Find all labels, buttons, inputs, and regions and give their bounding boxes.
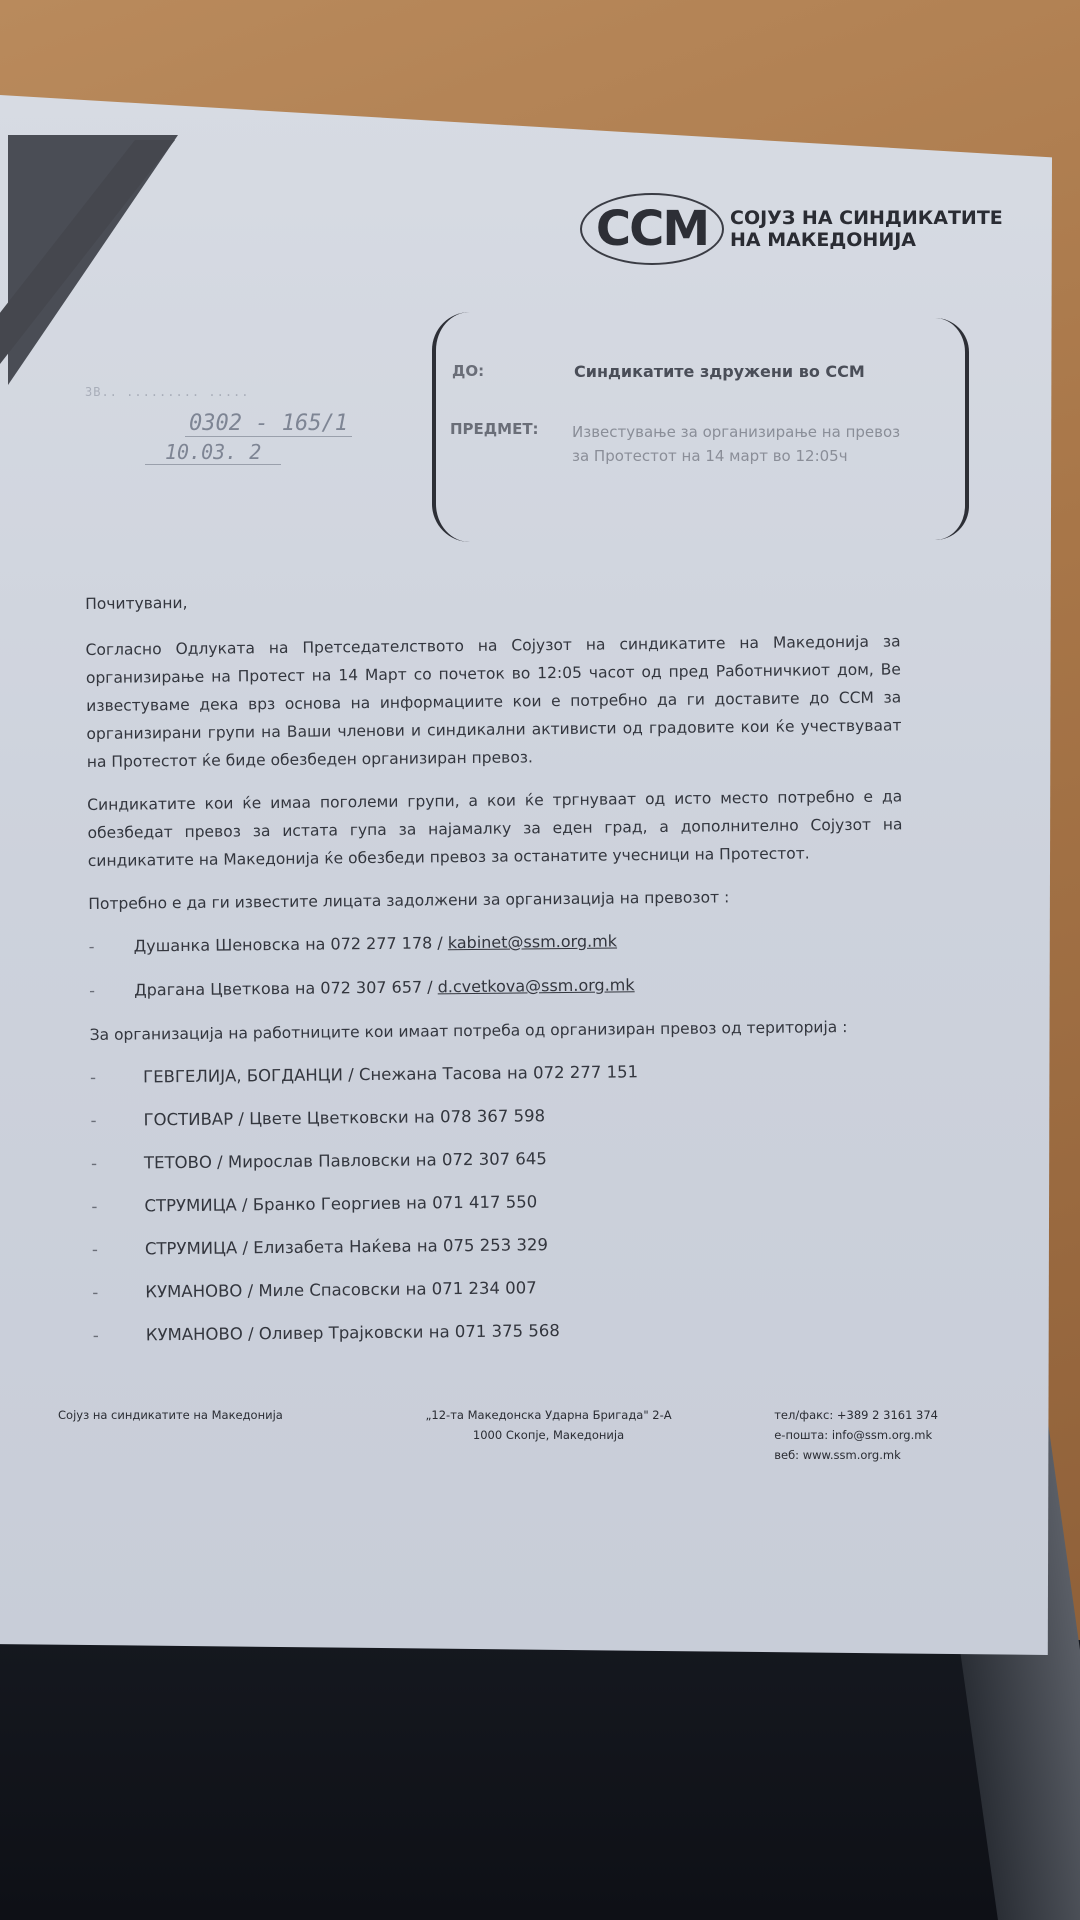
footer-address-line1: „12-та Македонска Ударна Бригада" 2-А [425,1405,671,1425]
bullet-dash: - [92,1279,98,1307]
letter-body: Почитувани, Согласно Одлуката на Претсед… [85,581,908,1364]
contact-email-link[interactable]: kabinet@ssm.org.mk [448,931,617,952]
bullet-dash: - [90,1064,96,1092]
bullet-dash: - [92,1236,98,1264]
stamp-faint-text: ЗВ.. ......... ..... [85,385,355,399]
regional-contact-item: -ТЕТОВО / Мирослав Павловски на 072 307 … [91,1141,906,1178]
regional-contact-text: КУМАНОВО / Миле Спасовски на 071 234 007 [145,1278,537,1301]
ssm-logo-emblem: ССМ [580,193,724,265]
dark-background-floor [0,1640,1080,1920]
subject-line-2: за Протестот на 14 март во 12:05ч [572,444,952,468]
regional-contact-text: ГОСТИВАР / Цвете Цветковски на 078 367 5… [143,1106,545,1129]
stamp-date: 10.03. 2 [145,440,281,465]
subject-line-1: Известување за организирање на превоз [572,420,952,444]
organization-name-line1: СОЈУЗ НА СИНДИКАТИТЕ [730,207,1003,229]
regional-contact-item: -ГЕВГЕЛИЈА, БОГДАНЦИ / Снежана Тасова на… [90,1055,905,1092]
footer-phone: тел/факс: +389 2 3161 374 [774,1405,938,1425]
bullet-dash: - [91,1193,97,1221]
regional-contact-item: -СТРУМИЦА / Бранко Георгиев на 071 417 5… [91,1184,906,1221]
footer-address-line2: 1000 Скопје, Македонија [425,1425,671,1445]
footer-email: е-пошта: info@ssm.org.mk [774,1425,938,1445]
organization-name-line2: НА МАКЕДОНИЈА [730,229,1003,251]
contact-item: - Драгана Цветкова на 072 307 657 / d.cv… [89,968,904,1005]
bullet-dash: - [89,977,95,1005]
bullet-dash: - [90,1107,96,1135]
recipient-label: ДО: [452,362,484,380]
recipient-value: Синдикатите здружени во ССМ [574,362,865,381]
contact-list: - Душанка Шеновска на 072 277 178 / kabi… [89,924,905,1005]
regional-contact-text: ТЕТОВО / Мирослав Павловски на 072 307 6… [144,1149,547,1172]
letter-footer: Сојуз на синдикатите на Македонија „12-т… [58,1405,938,1465]
bullet-dash: - [89,933,95,961]
subject-value: Известување за организирање на превоз за… [572,420,952,468]
contact-text: Душанка Шеновска на 072 277 178 / [134,933,448,955]
registry-stamp: ЗВ.. ......... ..... 0302 - 165/1 10.03.… [85,385,355,470]
paragraph-3: Потребно е да ги известите лицата задолж… [88,881,903,918]
regional-contact-item: -КУМАНОВО / Миле Спасовски на 071 234 00… [92,1270,907,1307]
subject-label: ПРЕДМЕТ: [450,420,539,438]
stamp-registry-number: 0302 - 165/1 [185,411,352,437]
regional-contact-item: -КУМАНОВО / Оливер Трајковски на 071 375… [93,1313,908,1350]
contact-text: Драгана Цветкова на 072 307 657 / [134,977,438,999]
organization-name: СОЈУЗ НА СИНДИКАТИТЕ НА МАКЕДОНИЈА [730,207,1003,251]
regional-contact-text: СТРУМИЦА / Елизабета Наќева на 075 253 3… [145,1235,548,1258]
contact-item: - Душанка Шеновска на 072 277 178 / kabi… [89,924,904,961]
regional-contact-text: ГЕВГЕЛИЈА, БОГДАНЦИ / Снежана Тасова на … [143,1062,638,1086]
regional-contact-item: -ГОСТИВАР / Цвете Цветковски на 078 367 … [90,1098,905,1135]
regional-contacts-list: -ГЕВГЕЛИЈА, БОГДАНЦИ / Снежана Тасова на… [90,1055,908,1350]
regional-contact-item: -СТРУМИЦА / Елизабета Наќева на 075 253 … [92,1227,907,1264]
bullet-dash: - [91,1150,97,1178]
regional-contact-text: СТРУМИЦА / Бранко Георгиев на 071 417 55… [144,1192,537,1215]
paragraph-4: За организација на работниците кои имаат… [90,1012,905,1049]
footer-org: Сојуз на синдикатите на Македонија [58,1405,283,1465]
paragraph-1: Согласно Одлуката на Претседателството н… [85,627,901,776]
footer-address: „12-та Македонска Ударна Бригада" 2-А 10… [425,1405,671,1465]
footer-contacts: тел/факс: +389 2 3161 374 е-пошта: info@… [774,1405,938,1465]
regional-contact-text: КУМАНОВО / Оливер Трајковски на 071 375 … [146,1321,560,1344]
organization-logo: ССМ СОЈУЗ НА СИНДИКАТИТЕ НА МАКЕДОНИЈА [580,193,1003,265]
bullet-dash: - [93,1322,99,1350]
contact-email-link[interactable]: d.cvetkova@ssm.org.mk [438,975,635,996]
footer-web: веб: www.ssm.org.mk [774,1445,938,1465]
paragraph-2: Синдикатите кои ќе имаа поголеми групи, … [87,782,903,875]
